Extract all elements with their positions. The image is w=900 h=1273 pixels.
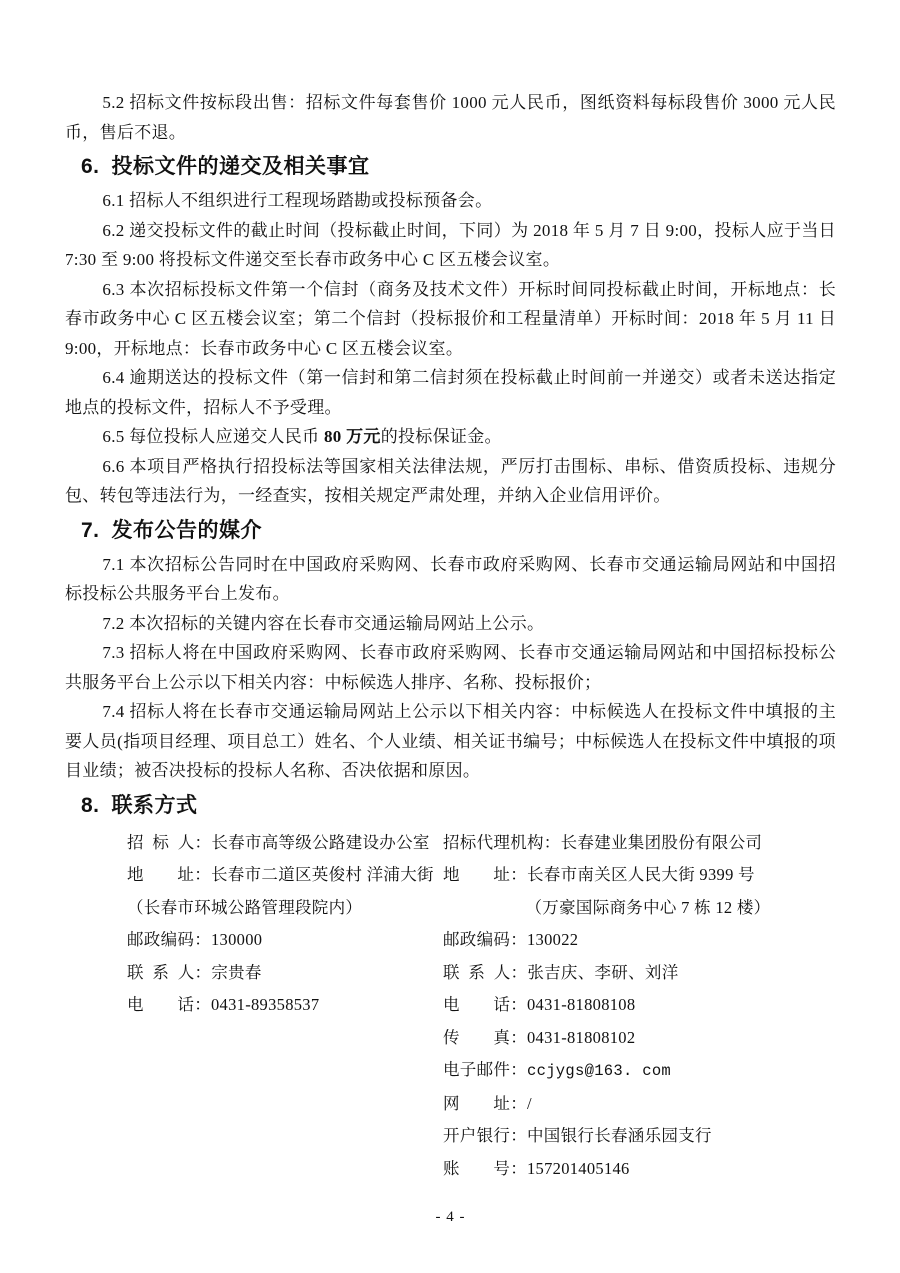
tenderer-label: 招 标 人：	[127, 833, 211, 852]
agency-email: ccjygs@163. com	[527, 1062, 671, 1080]
section-7-number: 7.	[81, 519, 100, 542]
agency-account-row: 账 号：157201405146	[443, 1153, 836, 1186]
agency-phone: 0431-81808108	[527, 995, 635, 1014]
page-content: 5.2 招标文件按标段出售：招标文件每套售价 1000 元人民币，图纸资料每标段…	[0, 0, 900, 1226]
tenderer-address-note-row: （长春市环城公路管理段院内）	[127, 892, 443, 925]
tenderer-contact-person-row: 联 系 人：宗贵春	[127, 957, 443, 990]
agency-email-row: 电子邮件：ccjygs@163. com	[443, 1054, 836, 1088]
tenderer-phone-label: 电 话：	[127, 995, 211, 1014]
section-7-title: 发布公告的媒介	[112, 519, 263, 542]
agency-address-label: 地 址：	[443, 865, 527, 884]
tenderer-name: 长春市高等级公路建设办公室	[211, 833, 429, 852]
section-6-title: 投标文件的递交及相关事宜	[112, 155, 370, 178]
section-6-heading: 6.投标文件的递交及相关事宜	[65, 150, 836, 184]
tenderer-contact-column: 招 标 人：长春市高等级公路建设办公室 地 址：长春市二道区英俊村 洋浦大街 （…	[65, 827, 443, 1186]
tenderer-name-row: 招 标 人：长春市高等级公路建设办公室	[127, 827, 443, 860]
agency-postcode: 130022	[527, 930, 578, 949]
agency-contact-column: 招标代理机构：长春建业集团股份有限公司 地 址：长春市南关区人民大街 9399 …	[443, 827, 836, 1186]
paragraph-7-2: 7.2 本次招标的关键内容在长春市交通运输局网站上公示。	[65, 609, 836, 639]
agency-website: /	[527, 1094, 532, 1113]
agency-name: 长春建业集团股份有限公司	[561, 833, 763, 852]
agency-phone-row: 电 话：0431-81808108	[443, 989, 836, 1022]
section-7-heading: 7.发布公告的媒介	[65, 514, 836, 548]
paragraph-6-5-suffix: 的投标保证金。	[381, 427, 502, 446]
tenderer-phone-row: 电 话：0431-89358537	[127, 989, 443, 1022]
agency-bank: 中国银行长春涵乐园支行	[527, 1126, 712, 1145]
paragraph-7-4: 7.4 招标人将在长春市交通运输局网站上公示以下相关内容：中标候选人在投标文件中…	[65, 697, 836, 786]
tenderer-phone: 0431-89358537	[211, 995, 319, 1014]
deposit-amount: 80 万元	[324, 427, 381, 446]
contacts-block: 招 标 人：长春市高等级公路建设办公室 地 址：长春市二道区英俊村 洋浦大街 （…	[65, 827, 836, 1186]
agency-email-label: 电子邮件：	[443, 1060, 527, 1079]
section-8-title: 联系方式	[112, 794, 198, 817]
paragraph-7-3: 7.3 招标人将在中国政府采购网、长春市政府采购网、长春市交通运输局网站和中国招…	[65, 638, 836, 697]
section-6-number: 6.	[81, 155, 100, 178]
agency-fax-row: 传 真：0431-81808102	[443, 1022, 836, 1055]
tenderer-postcode-label: 邮政编码：	[127, 930, 211, 949]
section-8-number: 8.	[81, 794, 100, 817]
agency-label: 招标代理机构：	[443, 833, 561, 852]
agency-bank-row: 开户银行：中国银行长春涵乐园支行	[443, 1120, 836, 1153]
agency-account-label: 账 号：	[443, 1159, 527, 1178]
agency-name-row: 招标代理机构：长春建业集团股份有限公司	[443, 827, 836, 860]
paragraph-6-4: 6.4 逾期送达的投标文件（第一信封和第二信封须在投标截止时间前一并递交）或者未…	[65, 363, 836, 422]
agency-fax-label: 传 真：	[443, 1028, 527, 1047]
agency-phone-label: 电 话：	[443, 995, 527, 1014]
document-page: { "para_5_2": "5.2 招标文件按标段出售：招标文件每套售价 10…	[0, 0, 900, 1273]
paragraph-5-2: 5.2 招标文件按标段出售：招标文件每套售价 1000 元人民币，图纸资料每标段…	[65, 88, 836, 147]
section-8-heading: 8.联系方式	[65, 789, 836, 823]
tenderer-postcode: 130000	[211, 930, 262, 949]
paragraph-7-1: 7.1 本次招标公告同时在中国政府采购网、长春市政府采购网、长春市交通运输局网站…	[65, 550, 836, 609]
agency-postcode-row: 邮政编码：130022	[443, 924, 836, 957]
paragraph-6-3: 6.3 本次招标投标文件第一个信封（商务及技术文件）开标时间同投标截止时间，开标…	[65, 275, 836, 364]
tenderer-postcode-row: 邮政编码：130000	[127, 924, 443, 957]
paragraph-6-2: 6.2 递交投标文件的截止时间（投标截止时间，下同）为 2018 年 5 月 7…	[65, 216, 836, 275]
agency-address-row: 地 址：长春市南关区人民大街 9399 号	[443, 859, 836, 892]
agency-contact-person-row: 联 系 人：张吉庆、李研、刘洋	[443, 957, 836, 990]
paragraph-6-1: 6.1 招标人不组织进行工程现场踏勘或投标预备会。	[65, 186, 836, 216]
tenderer-address-row: 地 址：长春市二道区英俊村 洋浦大街	[127, 859, 443, 892]
paragraph-6-5: 6.5 每位投标人应递交人民币 80 万元的投标保证金。	[65, 422, 836, 452]
tenderer-address-label: 地 址：	[127, 865, 211, 884]
tenderer-contact-person-label: 联 系 人：	[127, 963, 211, 982]
agency-fax: 0431-81808102	[527, 1028, 635, 1047]
agency-postcode-label: 邮政编码：	[443, 930, 527, 949]
agency-address-note-row: （万豪国际商务中心 7 栋 12 楼）	[443, 892, 836, 925]
tenderer-address: 长春市二道区英俊村 洋浦大街	[211, 865, 434, 884]
agency-website-label: 网 址：	[443, 1094, 527, 1113]
page-number-footer: - 4 -	[65, 1209, 836, 1226]
agency-website-row: 网 址：/	[443, 1088, 836, 1121]
agency-bank-label: 开户银行：	[443, 1126, 527, 1145]
paragraph-6-6: 6.6 本项目严格执行招投标法等国家相关法律法规，严厉打击围标、串标、借资质投标…	[65, 452, 836, 511]
agency-address-note: （万豪国际商务中心 7 栋 12 楼）	[526, 898, 771, 917]
tenderer-address-note: （长春市环城公路管理段院内）	[127, 898, 362, 917]
agency-contact-person-label: 联 系 人：	[443, 963, 527, 982]
agency-address: 长春市南关区人民大街 9399 号	[527, 865, 755, 884]
agency-contact-persons: 张吉庆、李研、刘洋	[527, 963, 678, 982]
tenderer-contact-person: 宗贵春	[211, 963, 261, 982]
paragraph-6-5-prefix: 6.5 每位投标人应递交人民币	[102, 427, 324, 446]
agency-account: 157201405146	[527, 1159, 630, 1178]
